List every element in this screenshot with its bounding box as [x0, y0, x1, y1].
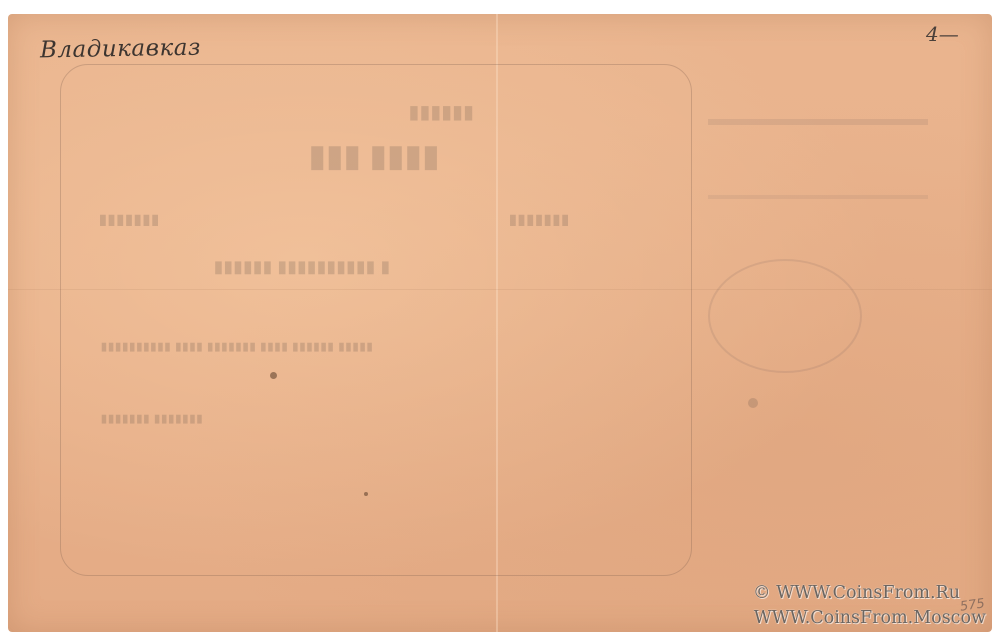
showthrough-text: ▮▮▮▮▮▮▮ ▮▮▮▮▮▮▮ [100, 412, 203, 425]
showthrough-text: ▮▮▮▮▮▮▮ [98, 212, 159, 229]
stain-spot [364, 492, 368, 496]
showthrough-text: ▮▮▮▮▮▮▮ [508, 212, 569, 229]
showthrough-stamp [708, 259, 862, 373]
watermark-line-1: © WWW.CoinsFrom.Ru [753, 583, 960, 603]
showthrough-text: ▮ ▮▮▮▮▮▮▮▮▮▮ ▮▮▮▮▮▮ [213, 257, 390, 277]
showthrough-title: ▮▮▮▮ ▮▮▮ [308, 139, 439, 174]
stain-spot [748, 398, 758, 408]
showthrough-text: ▮▮▮▮▮▮ [408, 102, 473, 123]
handwritten-city-note: Владикавказ [40, 35, 201, 64]
handwritten-corner-note: 4— [926, 22, 959, 46]
watermark-line-2: WWW.CoinsFrom.Moscow [754, 608, 986, 628]
paper-note: ▮▮▮▮▮▮ ▮▮▮▮ ▮▮▮ ▮▮▮▮▮▮▮ ▮▮▮▮▮▮▮ ▮ ▮▮▮▮▮▮… [8, 14, 992, 632]
showthrough-block [708, 119, 928, 199]
showthrough-text: ▮▮▮▮▮ ▮▮▮▮▮▮ ▮▮▮▮ ▮▮▮▮▮▮▮ ▮▮▮▮ ▮▮▮▮▮▮▮▮▮… [100, 340, 373, 353]
stain-spot [270, 372, 277, 379]
